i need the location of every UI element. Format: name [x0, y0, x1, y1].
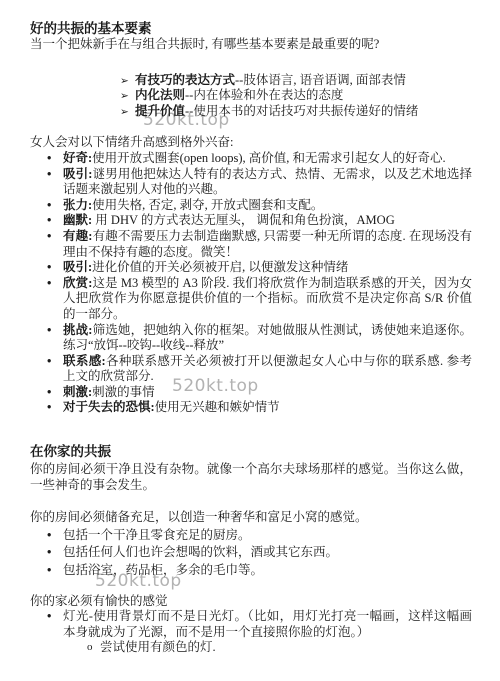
sub-list-item: o尝试使用有颜色的灯. — [63, 640, 472, 656]
list-item: •好奇:使用开放式圈套(open loops), 高价值, 和无需求引起女人的好… — [30, 151, 472, 167]
item-desc: 进化价值的开关必须被开启, 以便激发这种情绪 — [92, 260, 348, 274]
bullet-icon: • — [47, 213, 51, 229]
bullet-icon: • — [47, 545, 51, 561]
item-text: 包括任何人们也许会想喝的饮料，酒或其它东西。 — [63, 545, 338, 559]
item-term: 挑战: — [63, 323, 92, 337]
list-item: •吸引:谜男用他把妹达人特有的表达方式、热情、无需求，以及艺术地选择话题来激起别… — [30, 167, 472, 198]
arrow-bullet-icon: ➢ — [120, 105, 129, 119]
bullet-icon: • — [47, 354, 51, 370]
bullet-icon: • — [47, 323, 51, 339]
item-term: 吸引: — [63, 260, 92, 274]
item-desc: --使用本书的对话技巧对共振传递好的情绪 — [185, 104, 418, 118]
item-desc: 使用无兴趣和嫉妒情节 — [155, 400, 280, 414]
item-desc: 筛选她，把她纳入你的框架。对她做服从性测试，诱使她来追逐你。练习“放饵--咬钩-… — [63, 323, 472, 353]
item-desc: 谜男用他把妹达人特有的表达方式、热情、无需求，以及艺术地选择话题来激起别人对他的… — [63, 167, 472, 197]
bullet-icon: • — [47, 385, 51, 401]
bullet-icon: • — [47, 229, 51, 245]
arrow-bullet-icon: ➢ — [120, 89, 129, 103]
section2-para3: 你的家必须有愉快的感觉 — [30, 594, 472, 610]
item-desc: 使用开放式圈套(open loops), 高价值, 和无需求引起女人的好奇心. — [92, 151, 445, 165]
list-item: ➢内化法则--内在体验和外在表达的态度 — [121, 88, 472, 104]
item-term: 刺激: — [63, 385, 92, 399]
item-term: 有趣: — [63, 229, 92, 243]
item-term: 好奇: — [63, 151, 92, 165]
list-item: •挑战:筛选她，把她纳入你的框架。对她做服从性测试，诱使她来追逐你。练习“放饵-… — [30, 323, 472, 354]
item-term: 吸引: — [63, 167, 92, 181]
item-text: 包括浴室，药品柜，多余的毛巾等。 — [63, 563, 263, 577]
bullet-icon: • — [47, 528, 51, 544]
item-term: 幽默: — [63, 213, 92, 227]
arrow-bullet-icon: ➢ — [120, 74, 129, 88]
mood-list: •灯光-使用背景灯而不是日光灯。（比如，用灯光打亮一幅画，这样这幅画本身就成为了… — [30, 609, 472, 656]
mood-sub-list: o尝试使用有颜色的灯. — [63, 640, 472, 656]
list-item: •包括一个干净且零食充足的厨房。 — [30, 528, 472, 544]
bullet-icon: • — [47, 260, 51, 276]
section2-para2: 你的房间必须储备充足，以创造一种奢华和富足小窝的感觉。 — [30, 510, 472, 526]
item-term: 联系感: — [63, 354, 106, 368]
list-item: •欣赏:这是 M3 模型的 A3 阶段. 我们将欣赏作为制造联系感的开关，因为女… — [30, 276, 472, 323]
item-desc: --内在体验和外在表达的态度 — [185, 88, 343, 102]
list-item: •刺激:刺激的事情 — [30, 385, 472, 401]
item-desc: 各种联系感开关必须被打开以便激起女人心中与你的联系感. 参考上文的欣赏部分. — [63, 354, 472, 384]
section1-heading: 好的共振的基本要素 — [30, 21, 472, 37]
bullet-icon: • — [47, 151, 51, 167]
bullet-icon: • — [47, 276, 51, 292]
list-item: •包括浴室，药品柜，多余的毛巾等。 — [30, 563, 472, 579]
list-item: •张力:使用失格, 否定, 剥夺, 开放式圈套和支配。 — [30, 198, 472, 214]
list-item: •灯光-使用背景灯而不是日光灯。（比如，用灯光打亮一幅画，这样这幅画本身就成为了… — [30, 609, 472, 656]
item-term: 提升价值 — [135, 104, 185, 118]
bullet-icon: • — [47, 609, 51, 625]
list-item: •对于失去的恐惧:使用无兴趣和嫉妒情节 — [30, 400, 472, 416]
supply-list: •包括一个干净且零食充足的厨房。 •包括任何人们也许会想喝的饮料，酒或其它东西。… — [30, 528, 472, 579]
item-desc: 使用失格, 否定, 剥夺, 开放式圈套和支配。 — [92, 198, 323, 212]
item-text: 包括一个干净且零食充足的厨房。 — [63, 528, 251, 542]
emotion-list-intro: 女人会对以下情绪升高感到格外兴奋: — [30, 135, 472, 151]
item-term: 欣赏: — [63, 276, 92, 290]
section1-intro: 当一个把妹新手在与组合共振时, 有哪些基本要素是最重要的呢? — [30, 37, 472, 53]
list-item: •吸引:进化价值的开关必须被开启, 以便激发这种情绪 — [30, 260, 472, 276]
list-item: •包括任何人们也许会想喝的饮料，酒或其它东西。 — [30, 545, 472, 561]
list-item: •幽默: 用 DHV 的方式表达无厘头， 调侃和角色扮演，AMOG — [30, 213, 472, 229]
bullet-icon: • — [47, 198, 51, 214]
emotion-list: •好奇:使用开放式圈套(open loops), 高价值, 和无需求引起女人的好… — [30, 151, 472, 416]
item-term: 有技巧的表达方式 — [135, 73, 235, 87]
item-desc: 有趣不需要压力去制造幽默感, 只需要一种无所谓的态度. 在现场没有理由不保持有趣… — [63, 229, 472, 259]
circle-bullet-icon: o — [87, 640, 93, 656]
item-text: 灯光-使用背景灯而不是日光灯。（比如，用灯光打亮一幅画，这样这幅画本身就成为了光… — [63, 609, 472, 639]
list-item: •有趣:有趣不需要压力去制造幽默感, 只需要一种无所谓的态度. 在现场没有理由不… — [30, 229, 472, 260]
list-item: ➢有技巧的表达方式--肢体语言, 语音语调, 面部表情 — [121, 73, 472, 89]
bullet-icon: • — [47, 400, 51, 416]
item-term: 对于失去的恐惧: — [63, 400, 155, 414]
section2-heading: 在你家的共振 — [30, 444, 472, 460]
item-text: 尝试使用有颜色的灯. — [100, 640, 216, 654]
key-elements-list: ➢有技巧的表达方式--肢体语言, 语音语调, 面部表情 ➢内化法则--内在体验和… — [121, 73, 472, 120]
list-item: ➢提升价值--使用本书的对话技巧对共振传递好的情绪 — [121, 104, 472, 120]
bullet-icon: • — [47, 167, 51, 183]
document-page: 520kt.top 520kt.top 520kt.top 好的共振的基本要素 … — [0, 0, 500, 681]
item-term: 张力: — [63, 198, 92, 212]
item-desc: 这是 M3 模型的 A3 阶段. 我们将欣赏作为制造联系感的开关，因为女人把欣赏… — [63, 276, 472, 321]
section2-para1: 你的房间必须干净且没有杂物。就像一个高尔夫球场那样的感觉。当你这么做，一些神奇的… — [30, 462, 472, 493]
bullet-icon: • — [47, 563, 51, 579]
item-desc: 用 DHV 的方式表达无厘头， 调侃和角色扮演，AMOG — [92, 213, 395, 227]
item-desc: 刺激的事情 — [92, 385, 155, 399]
list-item: •联系感:各种联系感开关必须被打开以便激起女人心中与你的联系感. 参考上文的欣赏… — [30, 354, 472, 385]
item-desc: --肢体语言, 语音语调, 面部表情 — [235, 73, 406, 87]
item-term: 内化法则 — [135, 88, 185, 102]
